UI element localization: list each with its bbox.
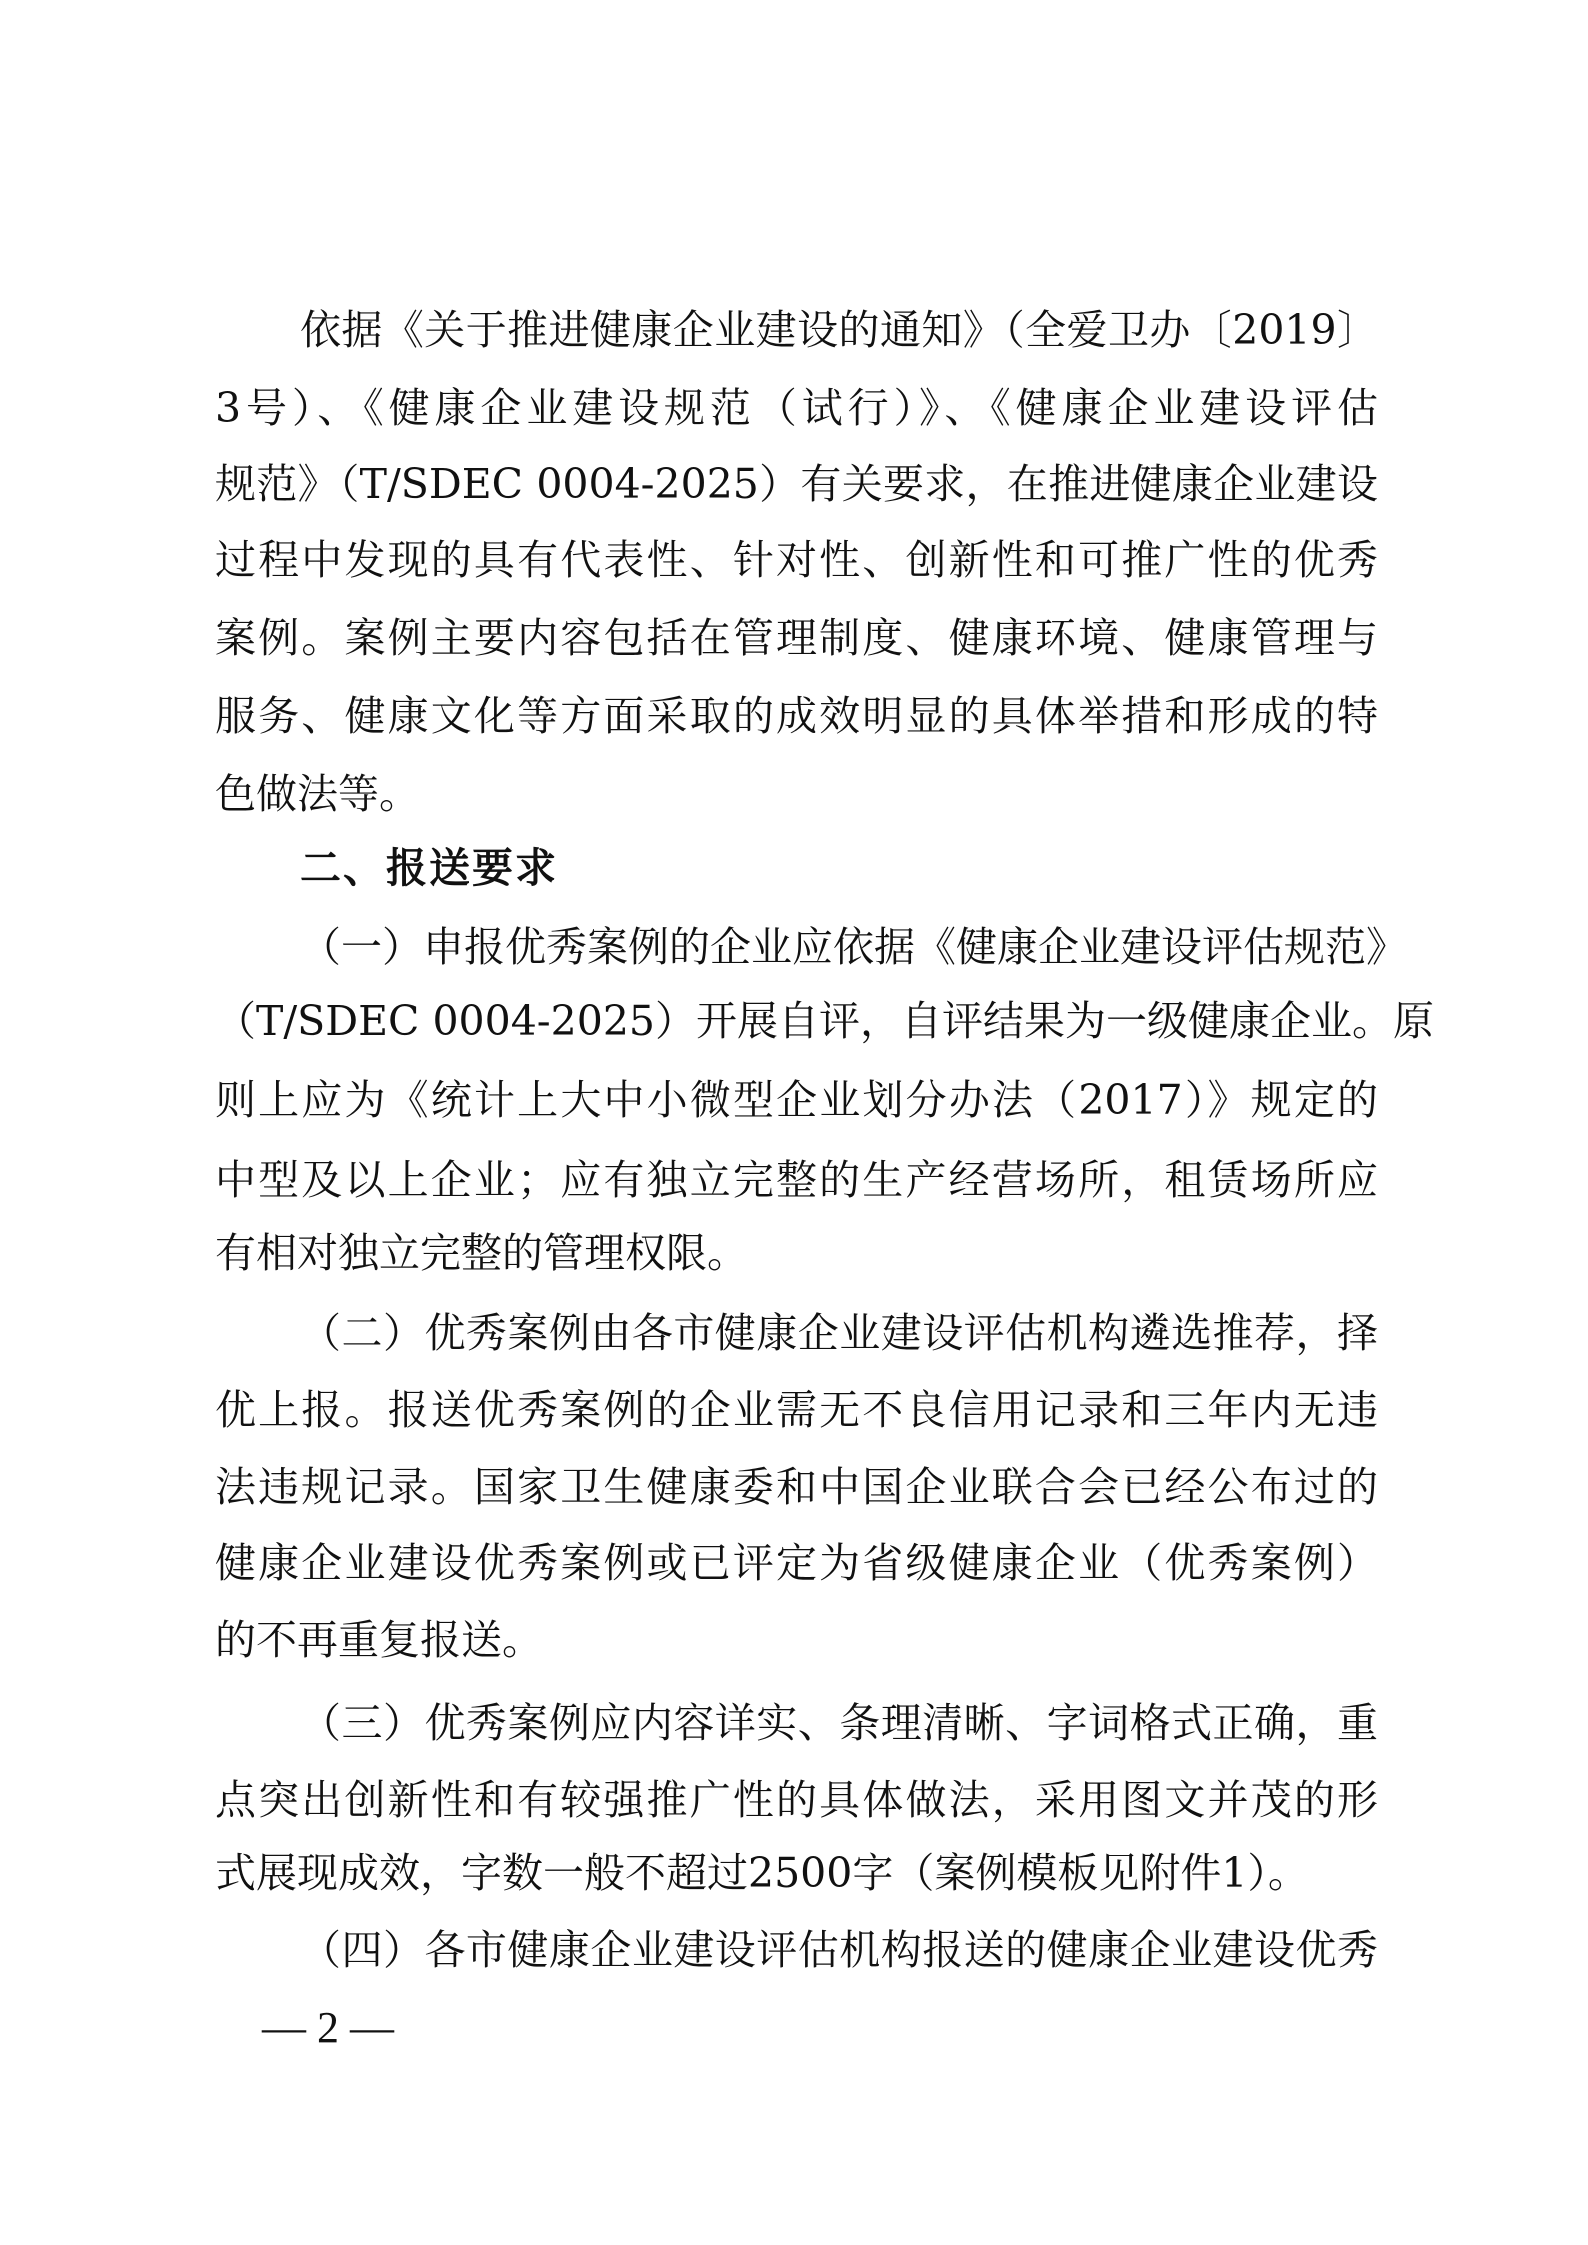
item-2-line-5: 的不再重复报送。 [215, 1612, 1378, 1668]
paragraph-intro-line-3: 规范》（T/SDEC 0004-2025）有关要求，在推进健康企业建设 [215, 456, 1378, 512]
item-1-line-2: （T/SDEC 0004-2025）开展自评，自评结果为一级健康企业。原 [215, 993, 1378, 1049]
paragraph-intro-line-1: 依据《关于推进健康企业建设的通知》（全爱卫办〔2019〕 [300, 302, 1378, 358]
item-2-line-3: 法违规记录。国家卫生健康委和中国企业联合会已经公布过的 [215, 1459, 1378, 1515]
item-1-line-5: 有相对独立完整的管理权限。 [215, 1225, 1378, 1281]
document-page: 依据《关于推进健康企业建设的通知》（全爱卫办〔2019〕 3号）、《健康企业建设… [0, 0, 1588, 2245]
item-2-line-1: （二）优秀案例由各市健康企业建设评估机构遴选推荐，择 [300, 1305, 1378, 1361]
page-number-left-dash: — [262, 2003, 306, 2052]
page-number-right-dash: — [350, 2003, 394, 2052]
item-3-line-2: 点突出创新性和有较强推广性的具体做法，采用图文并茂的形 [215, 1772, 1378, 1828]
item-3-line-3: 式展现成效，字数一般不超过2500字（案例模板见附件1）。 [215, 1845, 1378, 1901]
paragraph-intro-line-2: 3号）、《健康企业建设规范（试行）》、《健康企业建设评估 [215, 380, 1378, 436]
paragraph-intro-line-7: 色做法等。 [215, 766, 1378, 822]
item-1-line-1: （一）申报优秀案例的企业应依据《健康企业建设评估规范》 [300, 919, 1378, 975]
paragraph-intro-line-6: 服务、健康文化等方面采取的成效明显的具体举措和形成的特 [215, 688, 1378, 744]
item-1-line-3: 则上应为《统计上大中小微型企业划分办法（2017）》规定的 [215, 1072, 1378, 1128]
item-2-line-4: 健康企业建设优秀案例或已评定为省级健康企业（优秀案例） [215, 1535, 1378, 1591]
item-1-line-4: 中型及以上企业；应有独立完整的生产经营场所，租赁场所应 [215, 1152, 1378, 1208]
item-4-line-1: （四）各市健康企业建设评估机构报送的健康企业建设优秀 [300, 1922, 1378, 1978]
item-3-line-1: （三）优秀案例应内容详实、条理清晰、字词格式正确，重 [300, 1695, 1378, 1751]
section-heading: 二、报送要求 [300, 840, 558, 896]
paragraph-intro-line-5: 案例。案例主要内容包括在管理制度、健康环境、健康管理与 [215, 610, 1378, 666]
paragraph-intro-line-4: 过程中发现的具有代表性、针对性、创新性和可推广性的优秀 [215, 532, 1378, 588]
item-2-line-2: 优上报。报送优秀案例的企业需无不良信用记录和三年内无违 [215, 1382, 1378, 1438]
page-number-value: 2 [317, 2003, 339, 2052]
page-number: — 2 — [262, 2003, 386, 2053]
